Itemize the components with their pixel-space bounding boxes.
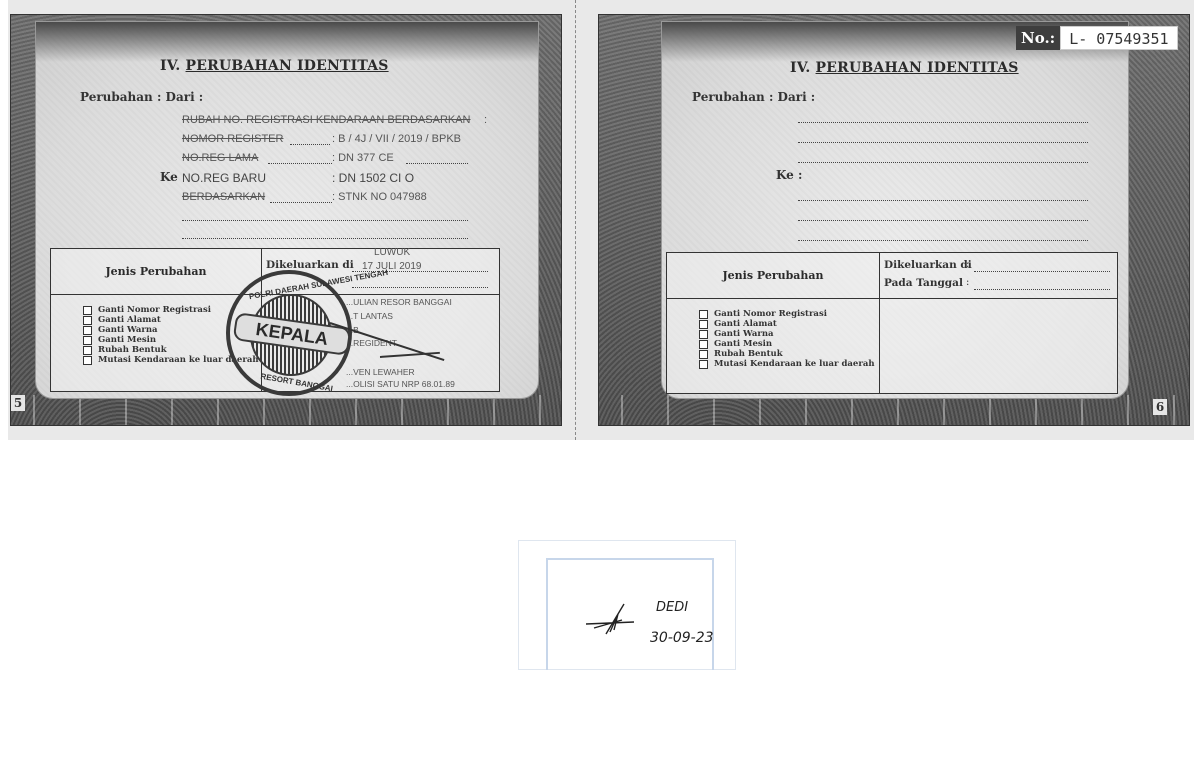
checkbox[interactable]: [699, 340, 708, 349]
checkbox[interactable]: [699, 310, 708, 319]
blank-line: [798, 122, 1088, 123]
from-label: Perubahan : Dari :: [692, 90, 815, 104]
issued-at-label: Dikeluarkan di: [884, 259, 972, 271]
issued-at-field[interactable]: [974, 271, 1110, 272]
page-number: 6: [1153, 399, 1167, 415]
checkbox[interactable]: [83, 336, 92, 345]
to-label: Ke :: [776, 168, 802, 182]
change-types-cell: Ganti Nomor Registrasi Ganti Alamat Gant…: [667, 299, 880, 394]
page-number: 5: [11, 395, 25, 411]
entry-label: NO.REG LAMA: [182, 152, 258, 164]
blank-line: [798, 142, 1088, 143]
frame-wave-pattern: [11, 395, 561, 425]
column-header-jenis: Jenis Perubahan: [667, 253, 880, 299]
checkbox[interactable]: [83, 306, 92, 315]
blank-line: [798, 162, 1088, 163]
to-label: Ke: [160, 170, 178, 184]
document-number-label: No.:: [1016, 26, 1060, 50]
change-type-item[interactable]: Ganti Warna: [699, 329, 879, 339]
issued-cell: Dikeluarkan di : Pada Tanggal :: [880, 253, 1118, 299]
change-type-item[interactable]: Mutasi Kendaraan ke luar daerah: [699, 359, 879, 369]
change-table: Jenis Perubahan Dikeluarkan di : Pada Ta…: [666, 252, 1118, 394]
blank-line: [182, 238, 468, 239]
document-number: No.: L- 07549351: [1016, 26, 1178, 50]
issued-at-value: LUWUK: [374, 247, 410, 258]
checkbox[interactable]: [699, 350, 708, 359]
entry-value: : STNK NO 047988: [332, 191, 427, 203]
receipt-date: 30-09-23: [650, 630, 714, 646]
blank-line: [182, 220, 468, 221]
issued-date-field[interactable]: [974, 289, 1110, 290]
signature-cell: [880, 299, 1118, 394]
entry-value: : DN 1502 CI O: [332, 171, 414, 185]
change-type-item[interactable]: Ganti Alamat: [699, 319, 879, 329]
page-title: IV. PERUBAHAN IDENTITAS: [160, 58, 389, 74]
blank-line: [798, 220, 1088, 221]
change-type-list: Ganti Nomor Registrasi Ganti Alamat Gant…: [667, 299, 879, 369]
official-stamp: POLRI DAERAH SULAWESI TENGAH KEPALA RESO…: [226, 270, 352, 396]
right-page-content: IV. PERUBAHAN IDENTITAS Perubahan : Dari…: [661, 21, 1129, 399]
issued-date-label: Pada Tanggal: [884, 277, 963, 289]
entry-label: NO.REG BARU: [182, 171, 266, 185]
checkbox[interactable]: [83, 316, 92, 325]
checkbox[interactable]: [83, 346, 92, 355]
checkbox[interactable]: [699, 320, 708, 329]
entry-value: : DN 377 CE: [332, 152, 394, 164]
change-type-item[interactable]: Ganti Mesin: [699, 339, 879, 349]
entry-label: NOMOR REGISTER: [182, 133, 283, 145]
receiver-name: DEDI: [656, 600, 688, 615]
right-page: IV. PERUBAHAN IDENTITAS Perubahan : Dari…: [598, 14, 1190, 426]
book-spine: [575, 0, 577, 440]
frame-wave-pattern: [599, 395, 1189, 425]
document-number-value: L- 07549351: [1060, 26, 1177, 50]
signature-icon: [584, 602, 640, 638]
blank-line: [798, 240, 1088, 241]
entry-label: BERDASARKAN: [182, 191, 265, 203]
checkbox[interactable]: [83, 326, 92, 335]
issued-at-label: Dikeluarkan di: [266, 259, 354, 271]
entry-value: : B / 4J / VII / 2019 / BPKB: [332, 133, 461, 145]
entry-value: :: [484, 114, 487, 126]
change-type-item[interactable]: Rubah Bentuk: [699, 349, 879, 359]
receipt-stamp: DEDI 30-09-23: [518, 540, 736, 670]
entry-label: RUBAH NO. REGISTRASI KENDARAAN BERDASARK…: [182, 114, 471, 126]
blank-line: [798, 200, 1088, 201]
page-title: IV. PERUBAHAN IDENTITAS: [790, 60, 1019, 76]
change-type-item[interactable]: Ganti Nomor Registrasi: [699, 309, 879, 319]
column-header-jenis: Jenis Perubahan: [51, 249, 262, 295]
checkbox[interactable]: [699, 360, 708, 369]
checkbox[interactable]: [699, 330, 708, 339]
from-label: Perubahan : Dari :: [80, 90, 203, 104]
checkbox[interactable]: [83, 356, 92, 365]
